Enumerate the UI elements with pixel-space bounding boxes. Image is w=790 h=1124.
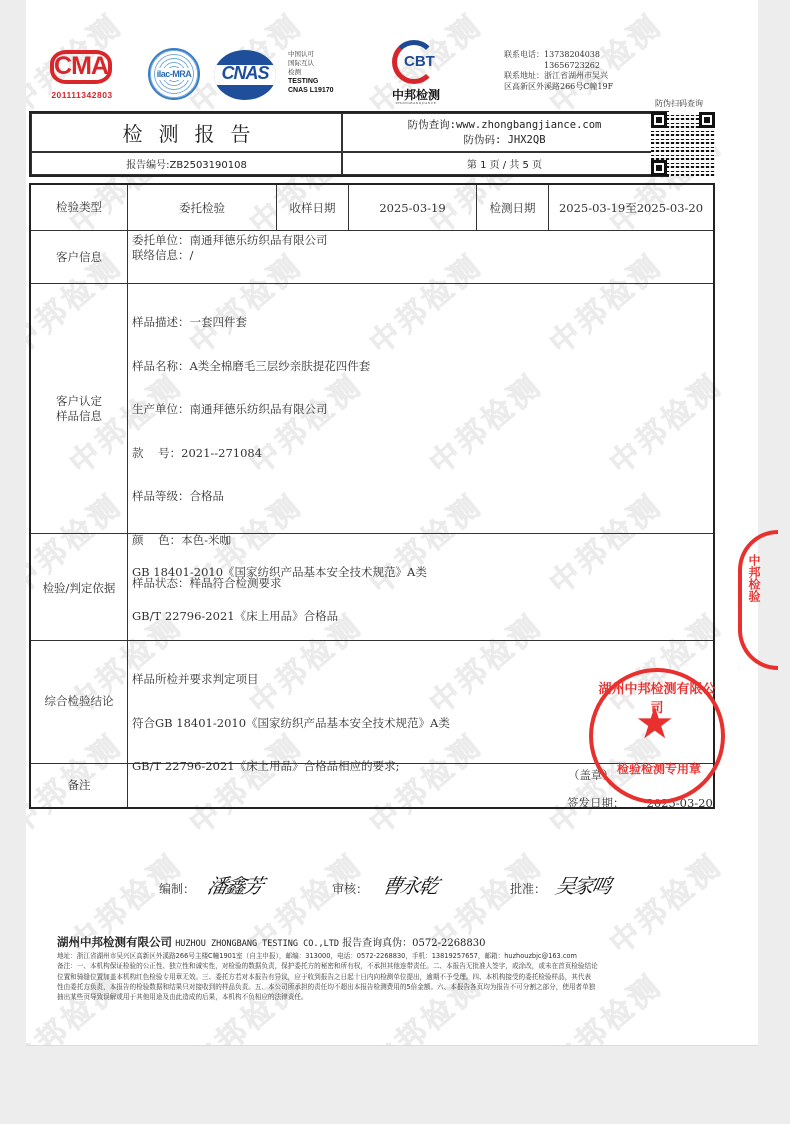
sample-name: 样品名称：A类全棉磨毛三层纱亲肤提花四件套 [132,359,709,374]
cnas-testing: TESTING [288,77,334,86]
title-block: 检测报告 防伪查询:www.zhongbangjiance.com 防伪码: J… [29,111,669,177]
table-row-sample: 客户认定样品信息 样品描述：一套四件套 样品名称：A类全棉磨毛三层纱亲肤提花四件… [31,283,713,533]
table-row-basis: 检验/判定依据 GB 18401-2010《国家纺织产品基本安全技术规范》A类 … [31,533,713,640]
contact-info: 联系电话：13738204038 13656723262 联系地址：浙江省湖州市… [504,50,613,92]
footer-notes: 地址：浙江省湖州市吴兴区高新区外溪路266号主楼C幢1901室（自主申报），邮编… [57,951,719,1002]
remarks-label: 备注 [31,764,128,807]
footer-note: 性由委托方负责，本报告的检验数据和结果只对接收到的样品负责。五、本公司所承担的责… [57,982,719,992]
standard-line: GB 18401-2010《国家纺织产品基本安全技术规范》A类 [132,565,709,580]
reviewed-by-label: 审核： [332,880,368,897]
phone-1: 13738204038 [544,50,600,59]
compiled-by-signature: 潘鑫芳 [205,870,265,899]
table-row-customer: 客户信息 委托单位：南通拜德乐纺织品有限公司联络信息：/ [31,230,713,283]
cnas-accreditation-info: 中国认可 国际互认 检测 TESTING CNAS L19170 [288,50,334,95]
sample-description: 样品描述：一套四件套 [132,315,709,330]
inspection-type-value: 委托检验 [128,185,277,230]
footer-note: 备注：一、本机构保证检验的公正性、独立性和诚实性，对检验的数据负责，保护委托方的… [57,961,719,971]
footer-note: 位置和骑缝位置加盖本机构红色检验专用章无效。三、委托方若对本报告有异议，应于收到… [57,972,719,982]
ilac-logo-text: ilac-MRA [156,68,193,80]
cnas-info-line: 国际互认 [288,59,334,68]
report-title: 检测报告 [31,113,342,152]
star-icon: ★ [635,702,674,746]
compiled-by-label: 编制： [159,880,195,897]
verify-url[interactable]: 防伪查询:www.zhongbangjiance.com [408,118,602,133]
client-unit: 委托单位：南通拜德乐纺织品有限公司 [132,233,709,248]
cnas-logo: CNAS [214,50,276,100]
cnas-logo-text: CNAS [214,63,276,84]
address-line-1: 浙江省湖州市吴兴 [544,71,608,80]
cnas-info-line: 中国认可 [288,50,334,59]
report-number: 报告编号:ZB2503190108 [31,152,342,175]
sample-grade: 样品等级：合格品 [132,489,709,504]
cnas-code: CNAS L19170 [288,86,334,95]
customer-info-label: 客户信息 [31,231,128,283]
seal-subtitle: 检验检测专用章 [599,760,719,777]
qr-caption: 防伪扫码查询 [655,98,703,109]
conclusion-label: 综合检验结论 [31,641,128,763]
approved-by-signature: 吴家鸣 [553,870,613,899]
standard-line: GB/T 22796-2021《床上用品》合格品 [132,609,709,624]
sample-manufacturer: 生产单位：南通拜德乐纺织品有限公司 [132,402,709,417]
cbt-logo-text: CBT [404,53,435,70]
received-date-label: 收样日期 [277,185,349,230]
table-row-inspection-type: 检验类型 委托检验 收样日期 2025-03-19 检测日期 2025-03-1… [31,185,713,230]
cma-logo: CMA 201111342803 [48,50,114,96]
basis-label: 检验/判定依据 [31,534,128,640]
page-indicator: 第 1 页 / 共 5 页 [342,152,667,175]
footer-address: 地址：浙江省湖州市吴兴区高新区外溪路266号主楼C幢1901室（自主申报），邮编… [57,951,719,961]
cbt-name-en: ZHONGBANGJIANCE [386,101,446,105]
basis-value: GB 18401-2010《国家纺织产品基本安全技术规范》A类 GB/T 227… [128,534,713,640]
sample-style-no: 款 号：2021--271084 [132,446,709,461]
address-line-2: 区高新区外溪路266号C幢19F [504,82,613,93]
company-name-cn: 湖州中邦检测有限公司 [57,935,172,949]
footer-company: 湖州中邦检测有限公司 HUZHOU ZHONGBANG TESTING CO.,… [57,935,719,951]
address-label: 联系地址： [504,71,544,80]
cma-logo-text: CMA [48,52,114,81]
cma-number: 201111342803 [46,90,118,100]
issue-date-label: 签发日期： [567,796,625,810]
test-date-label: 检测日期 [477,185,549,230]
received-date-value: 2025-03-19 [349,185,477,230]
sample-label-line-1: 客户认定 [56,394,102,409]
contact-info-line: 联络信息：/ [132,248,709,263]
footer: 湖州中邦检测有限公司 HUZHOU ZHONGBANG TESTING CO.,… [57,935,719,1002]
perforation-seal: 中邦检验 [738,530,778,670]
sample-info-value: 样品描述：一套四件套 样品名称：A类全棉磨毛三层纱亲肤提花四件套 生产单位：南通… [128,284,713,533]
qr-code-icon[interactable] [651,112,715,176]
inspection-type-label: 检验类型 [31,185,128,230]
reviewed-by-signature: 曹永乾 [380,870,440,899]
sample-info-label: 客户认定样品信息 [31,284,128,533]
test-date-value: 2025-03-19至2025-03-20 [549,185,713,230]
phone-2: 13656723262 [504,61,613,72]
customer-info-value: 委托单位：南通拜德乐纺织品有限公司联络信息：/ [128,231,713,283]
company-seal: 湖州中邦检测有限公司 ★ 检验检测专用章 [589,668,725,804]
verify-code: 防伪码: JHX2QB [463,133,545,148]
perforation-seal-text: 中邦检验 [748,554,762,602]
company-name-en: HUZHOU ZHONGBANG TESTING CO.,LTD [175,939,339,949]
phone-label: 联系电话： [504,50,544,59]
cbt-logo: CBT 中邦检测 ZHONGBANGJIANCE [386,40,446,106]
approved-by-label: 批准： [510,880,546,897]
sample-label-line-2: 样品信息 [56,409,102,424]
footer-note: 抽出某些页导致误解或用于其他用途及由此造成的后果，本机构不负相应的法律责任。 [57,992,719,1002]
anti-fake-info: 防伪查询:www.zhongbangjiance.com 防伪码: JHX2QB [342,113,667,152]
verification-hotline: 报告查询真伪：0572-2268830 [342,938,485,949]
cnas-info-line: 检测 [288,68,334,77]
ilac-mra-logo: ilac-MRA [148,48,200,100]
